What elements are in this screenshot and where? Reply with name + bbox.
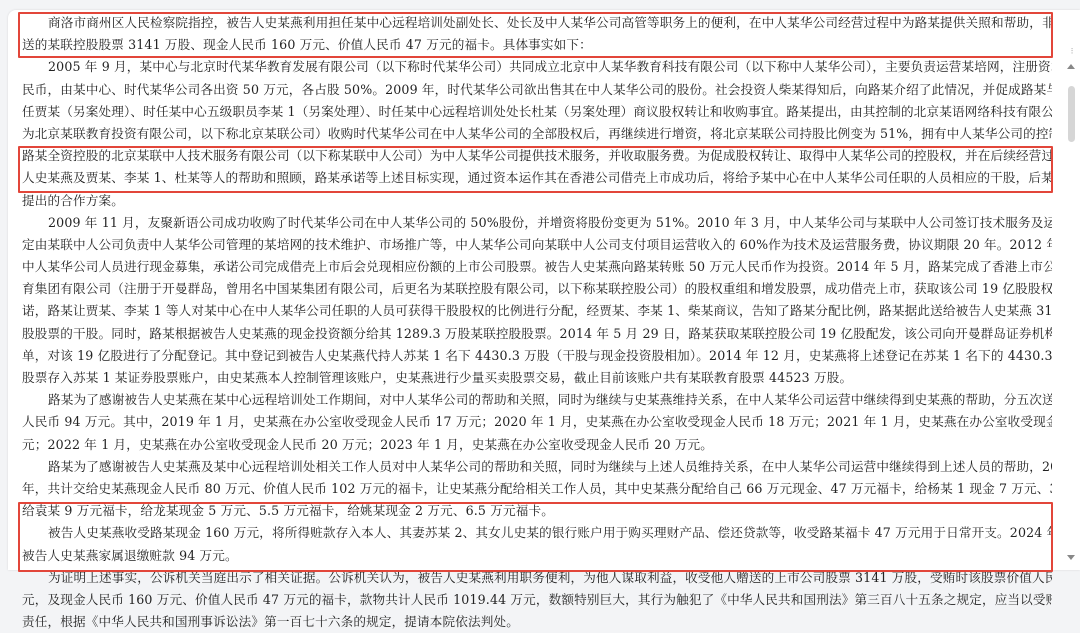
grip-icon: ⁝ — [1068, 48, 1076, 56]
text-line: 路某全资控股的北京某联中人技术服务有限公司（以下称某联中人公司）为中人某华公司提… — [22, 145, 1052, 167]
paragraph-staff-gifts: 路某为了感谢被告人史某燕及某中心远程培训处相关工作人员对中人某华公司的帮助和关照… — [22, 456, 1052, 523]
scroll-up-arrow-icon[interactable] — [1067, 64, 1075, 69]
text-line: 民币，由某中心、时代某华公司各出资 50 万元，各占股 50%。2009 年，时… — [22, 79, 1052, 101]
text-line: 给袁某 9 万元福卡，给龙某现金 5 万元、5.5 万元福卡，给姚某现金 2 万… — [22, 500, 1052, 522]
paragraph-background: 2005 年 9 月，某中心与北京时代某华教育发展有限公司（以下称时代某华公司）… — [22, 56, 1052, 211]
text-line: 人民币 94 万元。其中，2019 年 1 月，史某燕在办公室收受现金人民币 1… — [22, 411, 1052, 433]
text-line: 定由某联中人公司负责中人某华公司管理的某培网的技术维护、市场推广等，中人某华公司… — [22, 234, 1052, 256]
scrollbar-thumb[interactable] — [1068, 86, 1075, 142]
text-line: 路某为了感谢被告人史某燕在某中心远程培训处工作期间，对中人某华公司的帮助和关照，… — [22, 389, 1052, 411]
text-line: 提出的合作方案。 — [22, 190, 1052, 212]
vertical-scrollbar[interactable]: ⁝ — [1064, 46, 1080, 560]
text-line: 路某为了感谢被告人史某燕及某中心远程培训处相关工作人员对中人某华公司的帮助和关照… — [22, 456, 1052, 478]
text-line: 年，共计交给史某燕现金人民币 80 万元、价值人民币 102 万元的福卡，让史某… — [22, 478, 1052, 500]
paragraph-charge: 商洛市商州区人民检察院指控，被告人史某燕利用担任某中心远程培训处副处长、处长及中… — [22, 12, 1052, 56]
text-line: 为北京某联教育投资有限公司，以下称北京某联公司）收购时代某华公司在中人某华公司的… — [22, 123, 1052, 145]
text-line: 股股票的干股。同时，路某根据被告人史某燕的现金投资额分给其 1289.3 万股某… — [22, 323, 1052, 345]
paragraph-cash-gifts: 路某为了感谢被告人史某燕在某中心远程培训处工作期间，对中人某华公司的帮助和关照，… — [22, 389, 1052, 456]
text-line: 送的某联控股股票 3141 万股、现金人民币 160 万元、价值人民币 47 万… — [22, 34, 1052, 56]
text-line: 诺，路某让贾某、李某 1 等人对某中心在中人某华公司任职的人员可获得干股股权的比… — [22, 300, 1052, 322]
text-line: 股票存入苏某 1 某证券股票账户，由史某燕本人控制管理该账户，史某燕进行少量买卖… — [22, 367, 1052, 389]
text-line: 被告人史某燕家属退缴赃款 94 万元。 — [22, 545, 1052, 561]
paragraph-proceeds-use: 被告人史某燕收受路某现金 160 万元，将所得赃款存入本人、其妻苏某 2、其女儿… — [22, 522, 1052, 560]
scroll-down-arrow-icon[interactable] — [1067, 555, 1075, 560]
text-line: 商洛市商州区人民检察院指控，被告人史某燕利用担任某中心远程培训处副处长、处长及中… — [22, 12, 1052, 34]
text-line: 2005 年 9 月，某中心与北京时代某华教育发展有限公司（以下称时代某华公司）… — [22, 56, 1052, 78]
text-line: 单，对该 19 亿股进行了分配登记。其中登记到被告人史某燕代持人苏某 1 名下 … — [22, 345, 1052, 367]
text-line: 元；2022 年 1 月，史某燕在办公室收受现金人民币 20 万元；2023 年… — [22, 434, 1052, 456]
text-line: 人史某燕及贾某、李某 1、杜某等人的帮助和照顾，路某承诺等上述目标实现，通过资本… — [22, 167, 1052, 189]
text-line: 育集团有限公司（注册于开曼群岛，曾用名中国某集团有限公司，后更名为某联控股有限公… — [22, 278, 1052, 300]
text-line: 中人某华公司人员进行现金募集，承诺公司完成借壳上市后会兑现相应份额的上市公司股票… — [22, 256, 1052, 278]
paragraph-share-allocation: 2009 年 11 月，友聚新语公司成功收购了时代某华公司在中人某华公司的 50… — [22, 212, 1052, 390]
text-line: 2009 年 11 月，友聚新语公司成功收购了时代某华公司在中人某华公司的 50… — [22, 212, 1052, 234]
document-viewer: 商洛市商州区人民检察院指控，被告人史某燕利用担任某中心远程培训处副处长、处长及中… — [8, 10, 1080, 560]
document-body: 商洛市商州区人民检察院指控，被告人史某燕利用担任某中心远程培训处副处长、处长及中… — [22, 12, 1052, 560]
text-line: 任贾某（另案处理）、时任某中心五级职员李某 1（另案处理）、时任某中心远程培训处… — [22, 101, 1052, 123]
text-line: 被告人史某燕收受路某现金 160 万元，将所得赃款存入本人、其妻苏某 2、其女儿… — [22, 522, 1052, 544]
